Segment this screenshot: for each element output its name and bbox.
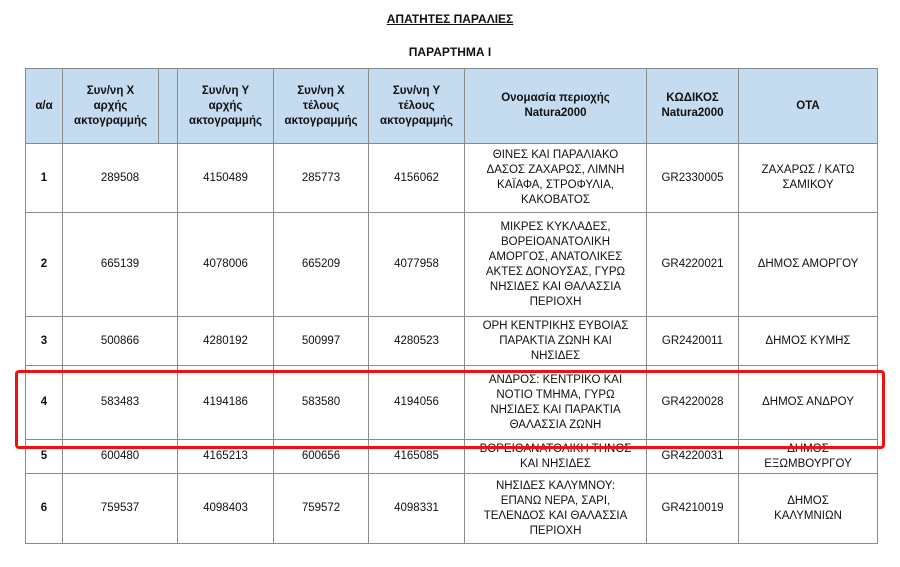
cell-code: GR2330005 (647, 144, 739, 213)
cell-index: 3 (26, 317, 63, 366)
header-row: α/α Συν/νη Χαρχήςακτογραμμής Συν/νη Υαρχ… (26, 69, 878, 144)
header-y-start: Συν/νη Υαρχήςακτογραμμής (178, 69, 274, 144)
cell-x-start: 500866 (63, 317, 178, 366)
cell-ota: ΔΗΜΟΣΕΞΩΜΒΟΥΡΓΟΥ (739, 440, 878, 474)
cell-y-start: 4194186 (178, 366, 274, 440)
cell-code: GR4220021 (647, 213, 739, 317)
cell-code: GR4220031 (647, 440, 739, 474)
header-ota: ΟΤΑ (739, 69, 878, 144)
table-row: 266513940780066652094077958ΜΙΚΡΕΣ ΚΥΚΛΑΔ… (26, 213, 878, 317)
cell-y-end: 4165085 (369, 440, 465, 474)
cell-y-start: 4098403 (178, 474, 274, 544)
cell-x-end: 285773 (274, 144, 369, 213)
beaches-table: α/α Συν/νη Χαρχήςακτογραμμής Συν/νη Υαρχ… (25, 68, 878, 544)
cell-y-start: 4150489 (178, 144, 274, 213)
table-row: 128950841504892857734156062ΘΙΝΕΣ ΚΑΙ ΠΑΡ… (26, 144, 878, 213)
cell-x-end: 665209 (274, 213, 369, 317)
cell-code: GR2420011 (647, 317, 739, 366)
header-x-end: Συν/νη Χτέλουςακτογραμμής (274, 69, 369, 144)
cell-area-name: ΝΗΣΙΔΕΣ ΚΑΛΥΜΝΟΥ:ΕΠΑΝΩ ΝΕΡΑ, ΣΑΡΙ,ΤΕΛΕΝΔ… (465, 474, 647, 544)
table-row: 675953740984037595724098331ΝΗΣΙΔΕΣ ΚΑΛΥΜ… (26, 474, 878, 544)
cell-index: 1 (26, 144, 63, 213)
cell-area-name: ΟΡΗ ΚΕΝΤΡΙΚΗΣ ΕΥΒΟΙΑΣΠΑΡΑΚΤΙΑ ΖΩΝΗ ΚΑΙΝΗ… (465, 317, 647, 366)
cell-area-name: ΒΟΡΕΙΟΑΝΑΤΟΛΙΚΗ ΤΗΝΟΣΚΑΙ ΝΗΣΙΔΕΣ (465, 440, 647, 474)
header-y-end: Συν/νη Υτέλουςακτογραμμής (369, 69, 465, 144)
cell-ota: ΔΗΜΟΣ ΑΝΔΡΟΥ (739, 366, 878, 440)
cell-index: 4 (26, 366, 63, 440)
cell-ota: ΔΗΜΟΣ ΚΥΜΗΣ (739, 317, 878, 366)
cell-y-end: 4280523 (369, 317, 465, 366)
cell-y-end: 4156062 (369, 144, 465, 213)
cell-y-start: 4078006 (178, 213, 274, 317)
header-x-start: Συν/νη Χαρχήςακτογραμμής (63, 69, 159, 144)
document-title: ΑΠΑΤΗΤΕΣ ΠΑΡΑΛΙΕΣ (0, 12, 900, 26)
document-title-text: ΑΠΑΤΗΤΕΣ ΠΑΡΑΛΙΕΣ (387, 12, 514, 26)
cell-y-end: 4194056 (369, 366, 465, 440)
cell-y-end: 4077958 (369, 213, 465, 317)
cell-x-end: 600656 (274, 440, 369, 474)
annex-title: ΠΑΡΑΡΤΗΜΑ Ι (0, 45, 900, 59)
cell-y-start: 4165213 (178, 440, 274, 474)
table-row: 350086642801925009974280523ΟΡΗ ΚΕΝΤΡΙΚΗΣ… (26, 317, 878, 366)
cell-area-name: ΘΙΝΕΣ ΚΑΙ ΠΑΡΑΛΙΑΚΟΔΑΣΟΣ ΖΑΧΑΡΩΣ, ΛΙΜΝΗΚ… (465, 144, 647, 213)
header-index: α/α (26, 69, 63, 144)
cell-ota: ΔΗΜΟΣΚΑΛΥΜΝΙΩΝ (739, 474, 878, 544)
cell-y-end: 4098331 (369, 474, 465, 544)
cell-x-start: 583483 (63, 366, 178, 440)
cell-code: GR4210019 (647, 474, 739, 544)
table-row: 458348341941865835804194056ΑΝΔΡΟΣ: ΚΕΝΤΡ… (26, 366, 878, 440)
cell-index: 6 (26, 474, 63, 544)
cell-x-start: 600480 (63, 440, 178, 474)
cell-ota: ΔΗΜΟΣ ΑΜΟΡΓΟΥ (739, 213, 878, 317)
cell-area-name: ΜΙΚΡΕΣ ΚΥΚΛΑΔΕΣ,ΒΟΡΕΙΟΑΝΑΤΟΛΙΚΗΑΜΟΡΓΟΣ, … (465, 213, 647, 317)
cell-y-start: 4280192 (178, 317, 274, 366)
cell-ota: ΖΑΧΑΡΩΣ / ΚΑΤΩΣΑΜΙΚΟΥ (739, 144, 878, 213)
cell-x-start: 289508 (63, 144, 178, 213)
cell-area-name: ΑΝΔΡΟΣ: ΚΕΝΤΡΙΚΟ ΚΑΙΝΟΤΙΟ ΤΜΗΜΑ, ΓΥΡΩΝΗΣ… (465, 366, 647, 440)
cell-x-end: 500997 (274, 317, 369, 366)
cell-x-start: 759537 (63, 474, 178, 544)
cell-code: GR4220028 (647, 366, 739, 440)
header-area-name: Ονομασία περιοχήςNatura2000 (465, 69, 647, 144)
cell-index: 5 (26, 440, 63, 474)
header-code: ΚΩΔΙΚΟΣNatura2000 (647, 69, 739, 144)
cell-x-end: 583580 (274, 366, 369, 440)
cell-x-start: 665139 (63, 213, 178, 317)
cell-index: 2 (26, 213, 63, 317)
table-row: 560048041652136006564165085ΒΟΡΕΙΟΑΝΑΤΟΛΙ… (26, 440, 878, 474)
header-spacer (159, 69, 178, 144)
cell-x-end: 759572 (274, 474, 369, 544)
